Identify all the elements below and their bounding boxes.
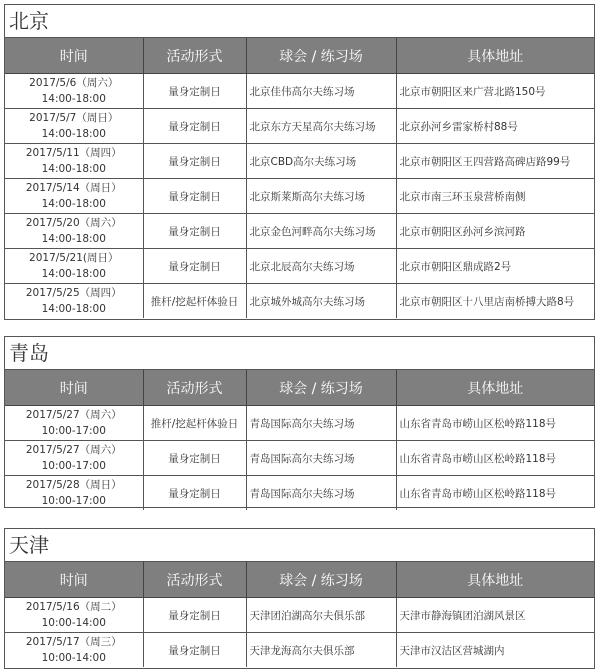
cell-address: 天津市静海镇团泊湖风景区 [396, 598, 594, 633]
city-block-qingdao: 青岛 时间 活动形式 球会 / 练习场 具体地址 2017/5/27（周六）10… [4, 336, 595, 508]
time-range-text: 14:00-18:00 [5, 196, 143, 212]
cell-venue: 天津团泊湖高尔夫俱乐部 [246, 598, 396, 633]
cell-activity-type: 量身定制日 [143, 598, 246, 633]
date-text: 2017/5/27（周六） [5, 442, 143, 458]
table-row: 2017/5/6（周六）14:00-18:00 量身定制日 北京佳伟高尔夫练习场… [5, 74, 594, 109]
cell-time: 2017/5/27（周六）10:00-17:00 [5, 406, 143, 441]
table-row: 2017/5/7（周日）14:00-18:00 量身定制日 北京东方天星高尔夫练… [5, 109, 594, 144]
cell-time: 2017/5/17（周三）10:00-14:00 [5, 633, 143, 668]
date-text: 2017/5/20（周六） [5, 215, 143, 231]
cell-address: 山东省青岛市崂山区松岭路118号 [396, 441, 594, 476]
time-range-text: 10:00-17:00 [5, 423, 143, 439]
date-text: 2017/5/27（周六） [5, 407, 143, 423]
table-row: 2017/5/11（周四）14:00-18:00 量身定制日 北京CBD高尔夫练… [5, 144, 594, 179]
cell-venue: 北京金色河畔高尔夫练习场 [246, 214, 396, 249]
cell-address: 山东省青岛市崂山区松岭路118号 [396, 476, 594, 511]
city-title: 天津 [5, 529, 594, 562]
cell-venue: 北京东方天星高尔夫练习场 [246, 109, 396, 144]
table-header-row: 时间 活动形式 球会 / 练习场 具体地址 [5, 38, 594, 74]
cell-time: 2017/5/11（周四）14:00-18:00 [5, 144, 143, 179]
cell-venue: 北京城外城高尔夫练习场 [246, 284, 396, 319]
cell-venue: 北京佳伟高尔夫练习场 [246, 74, 396, 109]
cell-activity-type: 量身定制日 [143, 109, 246, 144]
cell-address: 山东省青岛市崂山区松岭路118号 [396, 406, 594, 441]
time-range-text: 14:00-18:00 [5, 231, 143, 247]
cell-time: 2017/5/28（周日）10:00-17:00 [5, 476, 143, 511]
column-header-time: 时间 [5, 38, 143, 74]
time-range-text: 10:00-17:00 [5, 493, 143, 509]
column-header-venue: 球会 / 练习场 [246, 370, 396, 406]
date-text: 2017/5/6（周六） [5, 75, 143, 91]
cell-venue: 北京斯莱斯高尔夫练习场 [246, 179, 396, 214]
table-row: 2017/5/14（周日）14:00-18:00 量身定制日 北京斯莱斯高尔夫练… [5, 179, 594, 214]
cell-activity-type: 推杆/挖起杆体验日 [143, 406, 246, 441]
date-text: 2017/5/28（周日） [5, 477, 143, 493]
time-range-text: 10:00-17:00 [5, 458, 143, 474]
cell-activity-type: 推杆/挖起杆体验日 [143, 284, 246, 319]
cell-venue: 青岛国际高尔夫练习场 [246, 406, 396, 441]
cell-address: 北京市朝阳区鼎成路2号 [396, 249, 594, 284]
schedule-table-tianjin: 时间 活动形式 球会 / 练习场 具体地址 2017/5/16（周二）10:00… [5, 562, 594, 667]
schedule-table-beijing: 时间 活动形式 球会 / 练习场 具体地址 2017/5/6（周六）14:00-… [5, 38, 594, 318]
time-range-text: 14:00-18:00 [5, 91, 143, 107]
cell-time: 2017/5/20（周六）14:00-18:00 [5, 214, 143, 249]
table-row: 2017/5/16（周二）10:00-14:00 量身定制日 天津团泊湖高尔夫俱… [5, 598, 594, 633]
cell-address: 北京市朝阳区十八里店南桥搏大路8号 [396, 284, 594, 319]
time-range-text: 14:00-18:00 [5, 266, 143, 282]
column-header-address: 具体地址 [396, 38, 594, 74]
table-row: 2017/5/20（周六）14:00-18:00 量身定制日 北京金色河畔高尔夫… [5, 214, 594, 249]
column-header-type: 活动形式 [143, 370, 246, 406]
date-text: 2017/5/17（周三） [5, 634, 143, 650]
date-text: 2017/5/16（周二） [5, 599, 143, 615]
cell-activity-type: 量身定制日 [143, 144, 246, 179]
table-row: 2017/5/27（周六）10:00-17:00 推杆/挖起杆体验日 青岛国际高… [5, 406, 594, 441]
cell-activity-type: 量身定制日 [143, 179, 246, 214]
cell-address: 天津市汉沽区营城湖内 [396, 633, 594, 668]
column-header-time: 时间 [5, 562, 143, 598]
cell-address: 北京孙河乡雷家桥村88号 [396, 109, 594, 144]
column-header-address: 具体地址 [396, 562, 594, 598]
schedule-table-qingdao: 时间 活动形式 球会 / 练习场 具体地址 2017/5/27（周六）10:00… [5, 370, 594, 510]
cell-time: 2017/5/14（周日）14:00-18:00 [5, 179, 143, 214]
cell-time: 2017/5/25（周四）14:00-18:00 [5, 284, 143, 319]
city-title: 北京 [5, 5, 594, 38]
time-range-text: 14:00-18:00 [5, 126, 143, 142]
table-header-row: 时间 活动形式 球会 / 练习场 具体地址 [5, 562, 594, 598]
time-range-text: 10:00-14:00 [5, 615, 143, 631]
time-range-text: 10:00-14:00 [5, 650, 143, 666]
table-row: 2017/5/28（周日）10:00-17:00 量身定制日 青岛国际高尔夫练习… [5, 476, 594, 511]
time-range-text: 14:00-18:00 [5, 301, 143, 317]
cell-time: 2017/5/7（周日）14:00-18:00 [5, 109, 143, 144]
date-text: 2017/5/7（周日） [5, 110, 143, 126]
table-header-row: 时间 活动形式 球会 / 练习场 具体地址 [5, 370, 594, 406]
date-text: 2017/5/25（周四） [5, 285, 143, 301]
cell-activity-type: 量身定制日 [143, 74, 246, 109]
city-block-tianjin: 天津 时间 活动形式 球会 / 练习场 具体地址 2017/5/16（周二）10… [4, 528, 595, 669]
cell-address: 北京市朝阳区王四营路高碑店路99号 [396, 144, 594, 179]
cell-activity-type: 量身定制日 [143, 633, 246, 668]
table-row: 2017/5/21(周日）14:00-18:00 量身定制日 北京北辰高尔夫练习… [5, 249, 594, 284]
table-row: 2017/5/17（周三）10:00-14:00 量身定制日 天津龙海高尔夫俱乐… [5, 633, 594, 668]
cell-activity-type: 量身定制日 [143, 214, 246, 249]
cell-venue: 北京北辰高尔夫练习场 [246, 249, 396, 284]
cell-venue: 青岛国际高尔夫练习场 [246, 476, 396, 511]
cell-activity-type: 量身定制日 [143, 441, 246, 476]
cell-activity-type: 量身定制日 [143, 249, 246, 284]
time-range-text: 14:00-18:00 [5, 161, 143, 177]
cell-address: 北京市朝阳区孙河乡滨河路 [396, 214, 594, 249]
date-text: 2017/5/11（周四） [5, 145, 143, 161]
cell-venue: 青岛国际高尔夫练习场 [246, 441, 396, 476]
cell-venue: 天津龙海高尔夫俱乐部 [246, 633, 396, 668]
city-block-beijing: 北京 时间 活动形式 球会 / 练习场 具体地址 2017/5/6（周六）14:… [4, 4, 595, 320]
cell-venue: 北京CBD高尔夫练习场 [246, 144, 396, 179]
column-header-address: 具体地址 [396, 370, 594, 406]
cell-time: 2017/5/16（周二）10:00-14:00 [5, 598, 143, 633]
column-header-type: 活动形式 [143, 38, 246, 74]
cell-time: 2017/5/6（周六）14:00-18:00 [5, 74, 143, 109]
date-text: 2017/5/14（周日） [5, 180, 143, 196]
city-title: 青岛 [5, 337, 594, 370]
table-row: 2017/5/27（周六）10:00-17:00 量身定制日 青岛国际高尔夫练习… [5, 441, 594, 476]
date-text: 2017/5/21(周日） [5, 250, 143, 266]
column-header-type: 活动形式 [143, 562, 246, 598]
cell-address: 北京市南三环玉泉营桥南侧 [396, 179, 594, 214]
column-header-time: 时间 [5, 370, 143, 406]
cell-time: 2017/5/27（周六）10:00-17:00 [5, 441, 143, 476]
column-header-venue: 球会 / 练习场 [246, 562, 396, 598]
cell-time: 2017/5/21(周日）14:00-18:00 [5, 249, 143, 284]
column-header-venue: 球会 / 练习场 [246, 38, 396, 74]
table-row: 2017/5/25（周四）14:00-18:00 推杆/挖起杆体验日 北京城外城… [5, 284, 594, 319]
cell-address: 北京市朝阳区来广营北路150号 [396, 74, 594, 109]
cell-activity-type: 量身定制日 [143, 476, 246, 511]
